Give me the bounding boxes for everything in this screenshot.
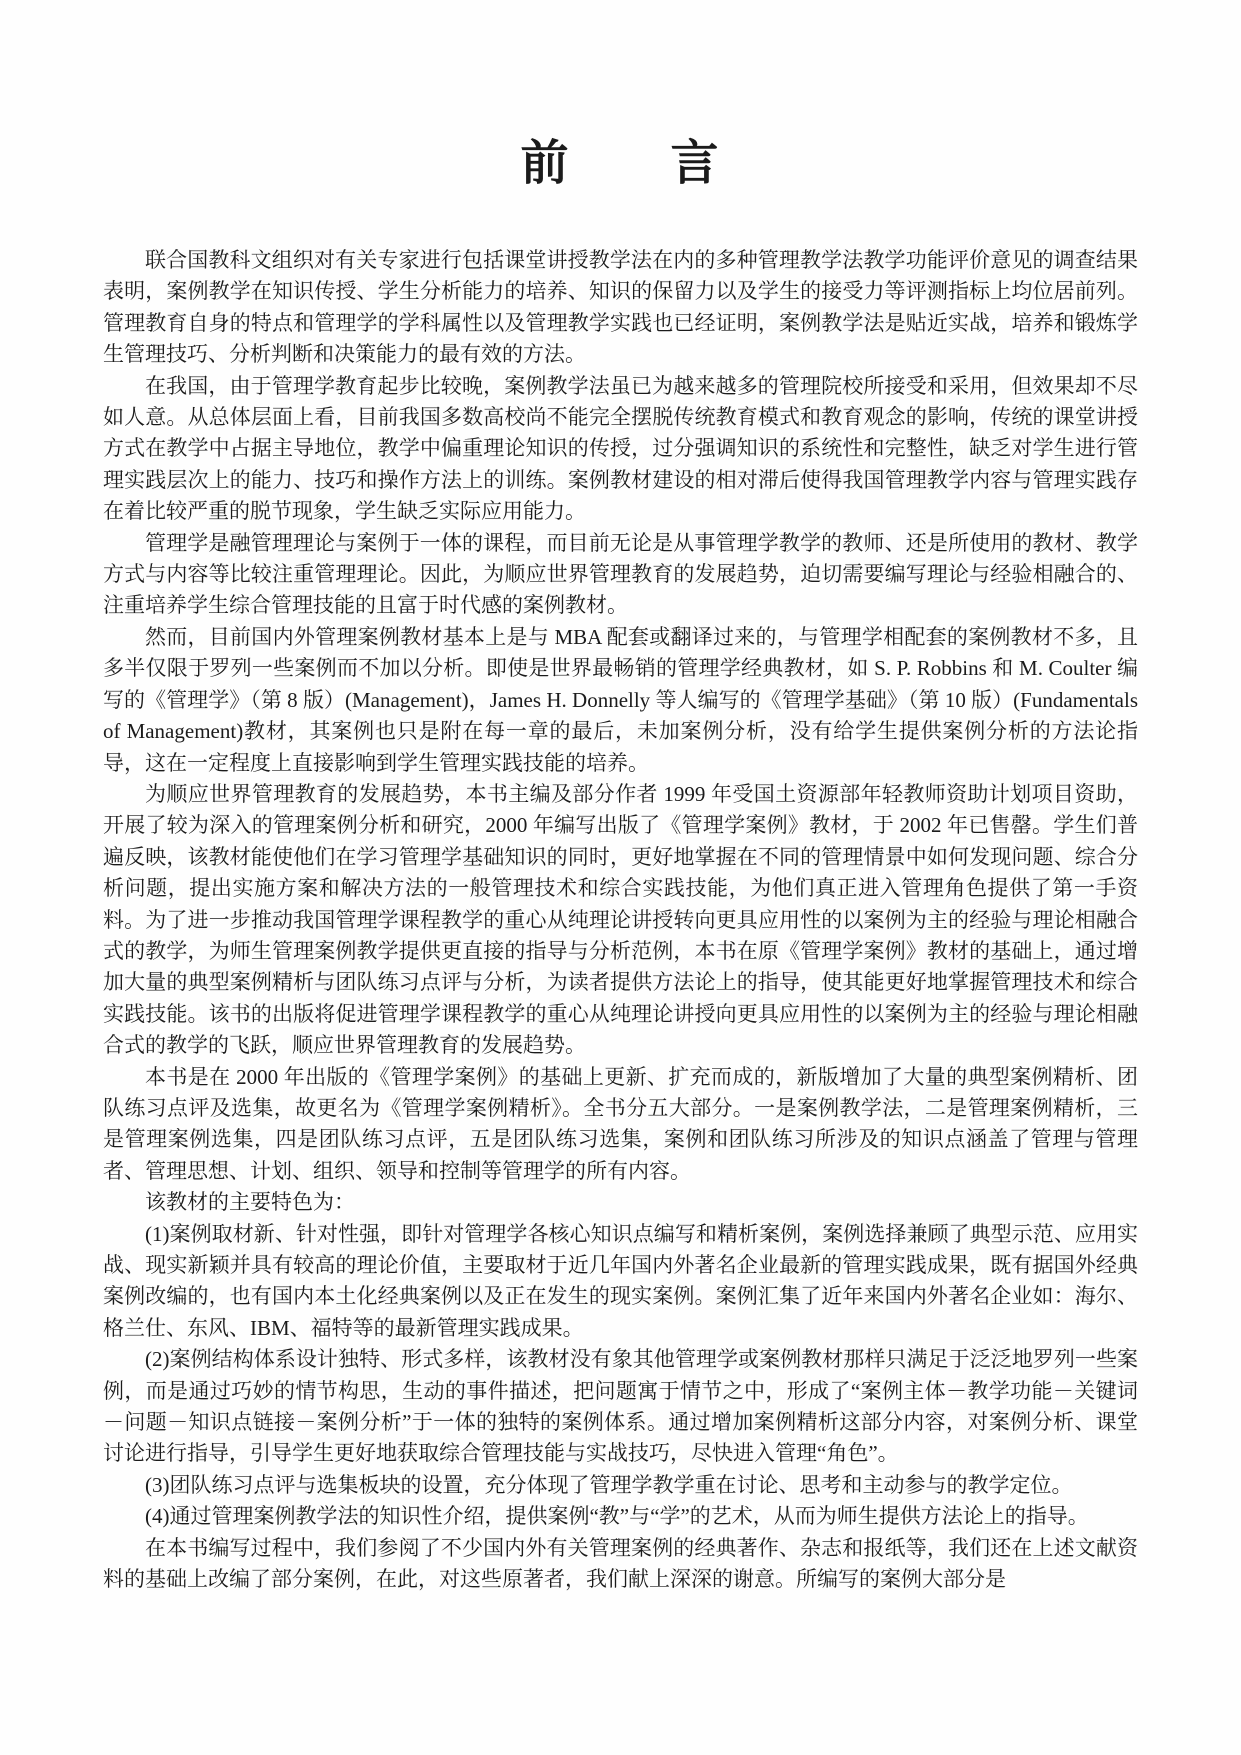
paragraph: 然而，目前国内外管理案例教材基本上是与 MBA 配套或翻译过来的，与管理学相配套… [103, 622, 1138, 779]
preface-body: 联合国教科文组织对有关专家进行包括课堂讲授教学法在内的多种管理教学法教学功能评价… [103, 245, 1138, 1595]
paragraph: 为顺应世界管理教育的发展趋势，本书主编及部分作者 1999 年受国土资源部年轻教… [103, 779, 1138, 1062]
paragraph: (1)案例取材新、针对性强，即针对管理学各核心知识点编写和精析案例，案例选择兼顾… [103, 1219, 1138, 1345]
document-page: 前 言 联合国教科文组织对有关专家进行包括课堂讲授教学法在内的多种管理教学法教学… [0, 0, 1241, 1755]
paragraph: 在本书编写过程中，我们参阅了不少国内外有关管理案例的经典著作、杂志和报纸等，我们… [103, 1533, 1138, 1596]
paragraph: 管理学是融管理理论与案例于一体的课程，而目前无论是从事管理学教学的教师、还是所使… [103, 528, 1138, 622]
paragraph: (3)团队练习点评与选集板块的设置，充分体现了管理学教学重在讨论、思考和主动参与… [103, 1470, 1138, 1501]
paragraph: (4)通过管理案例教学法的知识性介绍，提供案例“教”与“学”的艺术，从而为师生提… [103, 1501, 1138, 1532]
paragraph: 该教材的主要特色为： [103, 1187, 1138, 1218]
paragraph: 在我国，由于管理学教育起步比较晚，案例教学法虽已为越来越多的管理院校所接受和采用… [103, 371, 1138, 528]
paragraph: 联合国教科文组织对有关专家进行包括课堂讲授教学法在内的多种管理教学法教学功能评价… [103, 245, 1138, 371]
page-title: 前 言 [0, 136, 1241, 192]
paragraph: 本书是在 2000 年出版的《管理学案例》的基础上更新、扩充而成的，新版增加了大… [103, 1062, 1138, 1188]
paragraph: (2)案例结构体系设计独特、形式多样，该教材没有象其他管理学或案例教材那样只满足… [103, 1344, 1138, 1470]
